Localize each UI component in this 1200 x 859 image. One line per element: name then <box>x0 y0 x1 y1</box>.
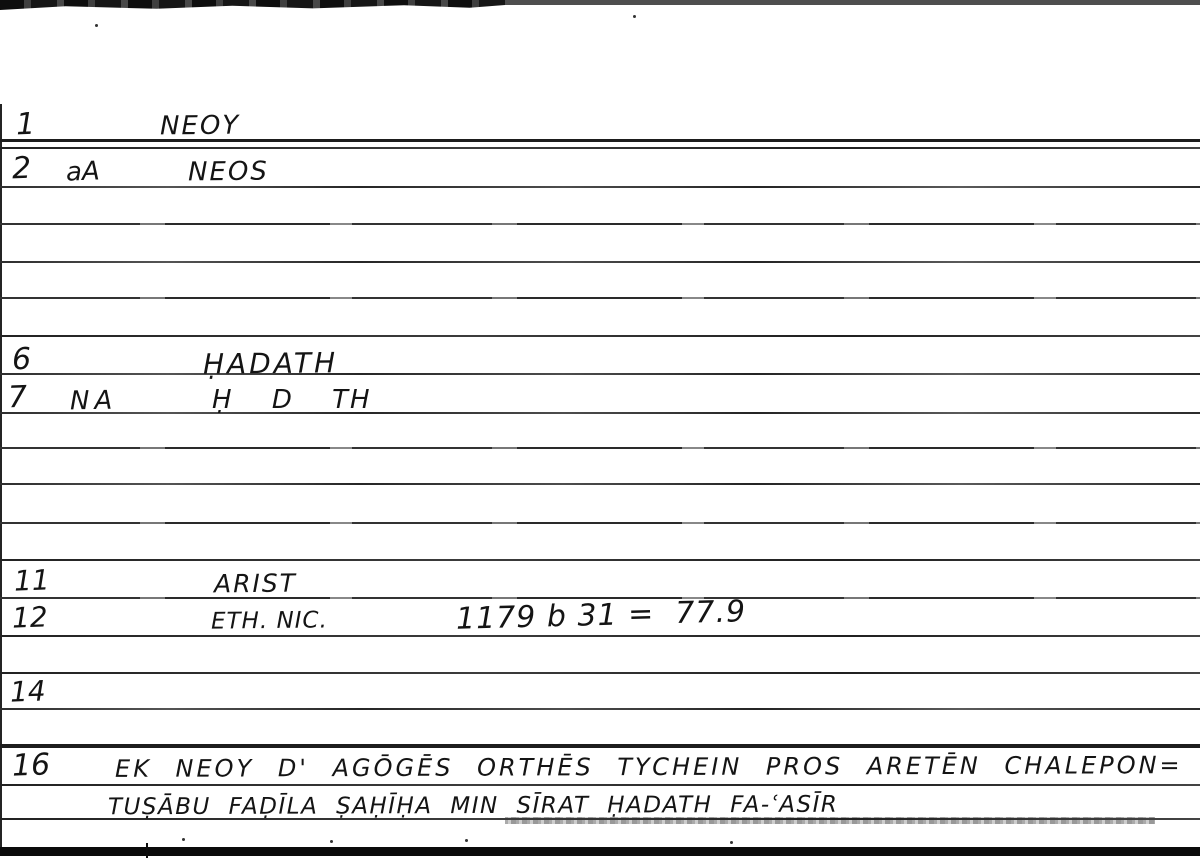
line-number-6: 6 <box>11 345 31 376</box>
scan-artifact-bottom-bar <box>0 847 1200 856</box>
ruled-line <box>0 297 1200 299</box>
scan-speck <box>330 840 333 843</box>
scan-artifact-tick <box>146 843 148 858</box>
ruled-line <box>0 412 1200 414</box>
ruled-line <box>0 483 1200 485</box>
headword-greek-neos: NEOS <box>188 159 269 186</box>
scan-speck <box>95 24 98 27</box>
ruled-line <box>0 635 1200 637</box>
ruled-line <box>0 522 1200 524</box>
ruled-line <box>0 559 1200 561</box>
ruled-line <box>0 784 1200 786</box>
ruled-line <box>0 186 1200 188</box>
citation-reference: 1179 b 31 = 77.9 <box>456 597 747 635</box>
greek-quotation: EK NEOY D' AGŌGĒS ORTHĒS TYCHEIN PROS AR… <box>115 753 1183 781</box>
headword-arabic-hadath: ḤADATH <box>203 349 338 378</box>
ruled-line <box>0 744 1200 748</box>
scan-speck <box>465 839 468 842</box>
ruled-line <box>0 335 1200 337</box>
ruled-line <box>0 447 1200 449</box>
line-number-2: 2 <box>11 154 31 185</box>
line-number-16: 16 <box>11 750 50 781</box>
line-number-7: 7 <box>7 383 27 414</box>
line-number-12: 12 <box>12 603 49 632</box>
arabic-quotation: TUṢĀBU FAḌĪLA ṢAḤĪḤA MIN SĪRAT ḤADATH FA… <box>108 794 838 820</box>
author-abbrev-arist: ARIST <box>214 571 297 597</box>
scan-artifact-top-ragged <box>0 0 505 10</box>
line-number-1: 1 <box>15 110 35 141</box>
root-letters-h-d-th: Ḥ D TH <box>212 387 372 413</box>
siglum-aa: aA <box>66 158 101 185</box>
scanned-notecard-sheet: 1 NEOY 2 aA NEOS 6 ḤADATH 7 NA Ḥ D TH 11… <box>0 0 1200 859</box>
scan-speck <box>633 15 636 18</box>
work-abbrev-eth-nic: ETH. NIC. <box>211 609 328 633</box>
ruled-line <box>0 261 1200 263</box>
ruled-line <box>0 708 1200 710</box>
ruled-line <box>0 147 1200 149</box>
scan-speck <box>182 838 185 841</box>
ruled-line <box>0 223 1200 225</box>
ruled-line <box>0 373 1200 375</box>
ruled-line <box>0 672 1200 674</box>
line-number-14: 14 <box>10 677 47 706</box>
scan-speck <box>730 841 733 844</box>
headword-greek-neoy: NEOY <box>160 113 241 140</box>
line-number-11: 11 <box>14 566 51 595</box>
scan-artifact-left-edge <box>0 104 2 848</box>
siglum-na: NA <box>70 388 118 415</box>
